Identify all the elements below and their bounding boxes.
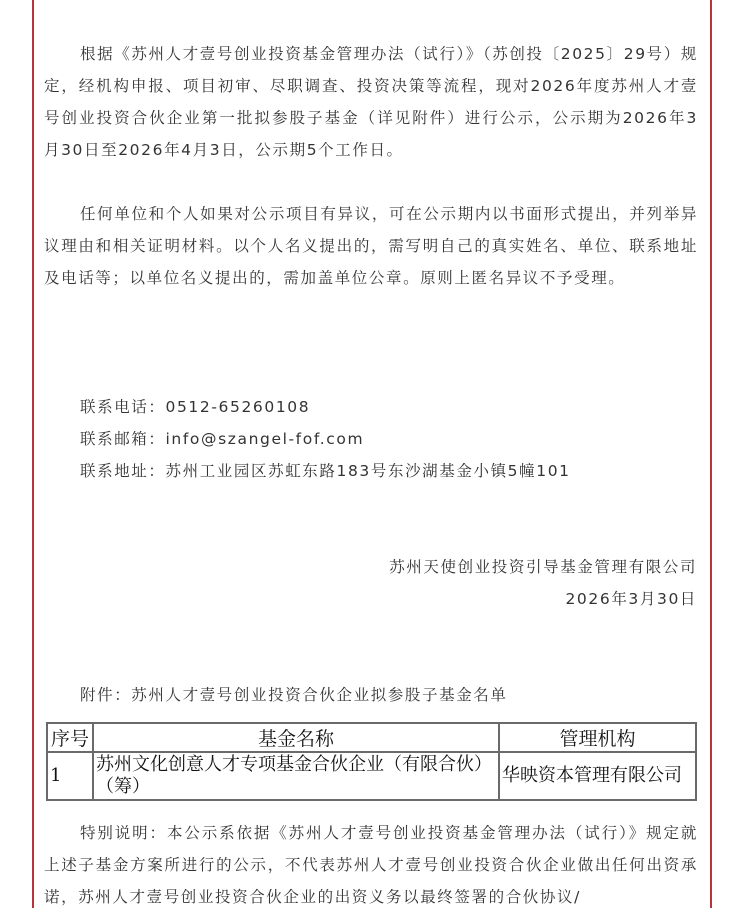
contact-email: 联系邮箱：info@szangel-fof.com xyxy=(80,423,680,455)
cell-manager: 华映资本管理有限公司 xyxy=(499,752,696,800)
paragraph-text: 根据《苏州人才壹号创业投资基金管理办法（试行）》（苏创投〔2025〕29号）规定… xyxy=(44,38,698,166)
fund-list-table: 序号 基金名称 管理机构 1 苏州文化创意人才专项基金合伙企业（有限合伙）（筹）… xyxy=(46,722,697,801)
table-row: 1 苏州文化创意人才专项基金合伙企业（有限合伙）（筹） 华映资本管理有限公司 xyxy=(47,752,696,800)
header-no: 序号 xyxy=(47,723,93,752)
contact-info: 联系电话：0512-65260108 联系邮箱：info@szangel-fof… xyxy=(80,391,680,487)
special-note: 特别说明：本公示系依据《苏州人才壹号创业投资基金管理办法（试行）》规定就上述子基… xyxy=(44,817,698,908)
signature-org: 苏州天使创业投资引导基金管理有限公司 xyxy=(300,551,697,583)
attachment-caption: 附件：苏州人才壹号创业投资合伙企业拟参股子基金名单 xyxy=(80,679,680,711)
signature-block: 苏州天使创业投资引导基金管理有限公司 2026年3月30日 xyxy=(300,551,697,615)
table-header-row: 序号 基金名称 管理机构 xyxy=(47,723,696,752)
header-manager: 管理机构 xyxy=(499,723,696,752)
announcement-paragraph-1: 根据《苏州人才壹号创业投资基金管理办法（试行）》（苏创投〔2025〕29号）规定… xyxy=(44,38,698,166)
cell-no: 1 xyxy=(47,752,93,800)
signature-date: 2026年3月30日 xyxy=(300,583,697,615)
header-fund-name: 基金名称 xyxy=(93,723,499,752)
attachment-title: 附件：苏州人才壹号创业投资合伙企业拟参股子基金名单 xyxy=(80,679,680,711)
note-text: 特别说明：本公示系依据《苏州人才壹号创业投资基金管理办法（试行）》规定就上述子基… xyxy=(44,817,698,908)
cell-fund-name: 苏州文化创意人才专项基金合伙企业（有限合伙）（筹） xyxy=(93,752,499,800)
contact-address: 联系地址：苏州工业园区苏虹东路183号东沙湖基金小镇5幢101 xyxy=(80,455,680,487)
contact-phone: 联系电话：0512-65260108 xyxy=(80,391,680,423)
paragraph-text: 任何单位和个人如果对公示项目有异议，可在公示期内以书面形式提出，并列举异议理由和… xyxy=(44,198,698,294)
objection-paragraph: 任何单位和个人如果对公示项目有异议，可在公示期内以书面形式提出，并列举异议理由和… xyxy=(44,198,698,294)
